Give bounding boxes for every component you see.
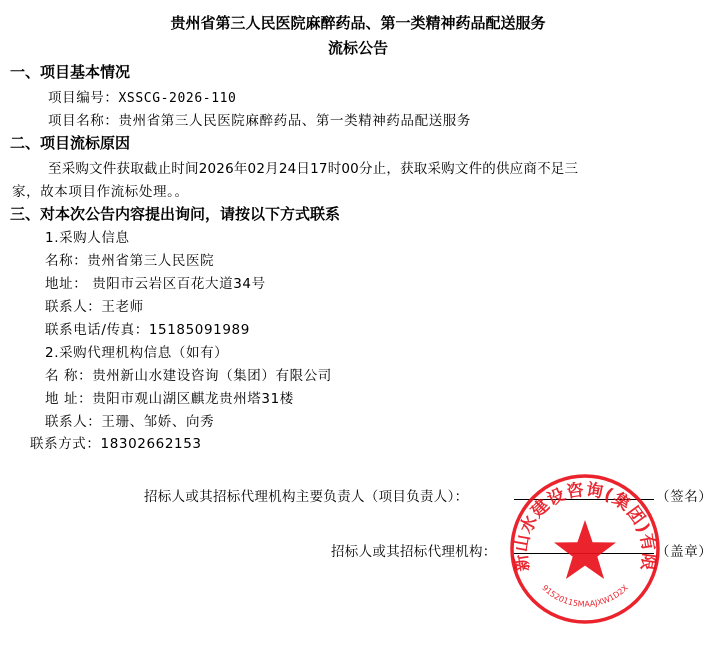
svg-text:91520115MAAJXW1D2X: 91520115MAAJXW1D2X	[540, 583, 630, 609]
project-number-value: XSSCG-2026-110	[119, 91, 237, 106]
section-1-heading: 一、项目基本情况	[10, 61, 130, 82]
purchaser-contact: 联系人：王老师	[45, 295, 144, 315]
signature-label: 招标人或其招标代理机构主要负责人（项目负责人）：	[144, 485, 468, 505]
stamp-suffix: （盖章）	[656, 540, 712, 560]
agency-name: 名 称：贵州新山水建设咨询（集团）有限公司	[45, 364, 332, 384]
seal-code-text: 91520115MAAJXW1D2X	[540, 583, 630, 609]
agency-phone: 联系方式：18302662153	[30, 432, 202, 452]
purchaser-heading: 1.采购人信息	[45, 226, 130, 246]
official-seal-icon: 贵州新山水建设咨询(集团)有限公司 91520115MAAJXW1D2X	[508, 472, 662, 626]
seal-arc-text: 贵州新山水建设咨询(集团)有限公司	[508, 472, 659, 573]
document-title: 贵州省第三人民医院麻醉药品、第一类精神药品配送服务	[0, 12, 716, 33]
failure-reason-line-1: 至采购文件获取截止时间2026年02月24日17时00分止，获取采购文件的供应商…	[48, 157, 578, 177]
agency-heading: 2.采购代理机构信息（如有）	[45, 341, 228, 361]
purchaser-address: 地址： 贵阳市云岩区百花大道34号	[45, 272, 266, 292]
signature-suffix: （签名）	[656, 485, 712, 505]
purchaser-name: 名称：贵州省第三人民医院	[45, 249, 214, 269]
agency-contact: 联系人：王珊、邹娇、向秀	[45, 410, 214, 430]
project-name-value: 贵州省第三人民医院麻醉药品、第一类精神药品配送服务	[119, 113, 472, 129]
section-3-heading: 三、对本次公告内容提出询问，请按以下方式联系	[10, 203, 340, 224]
signature-line	[514, 499, 654, 500]
agency-address: 地 址：贵阳市观山湖区麒龙贵州塔31楼	[45, 387, 294, 407]
purchaser-phone: 联系电话/传真：15185091989	[45, 318, 250, 338]
failure-reason-line-2: 家，故本项目作流标处理。。	[12, 180, 189, 200]
project-number-label: 项目编号：	[48, 90, 119, 106]
document-subtitle: 流标公告	[0, 37, 716, 58]
section-2-heading: 二、项目流标原因	[10, 132, 130, 153]
project-number: 项目编号：XSSCG-2026-110	[48, 86, 236, 106]
project-name-label: 项目名称：	[48, 113, 119, 129]
stamp-label: 招标人或其招标代理机构：	[331, 540, 497, 560]
svg-text:贵州新山水建设咨询(集团)有限公司: 贵州新山水建设咨询(集团)有限公司	[508, 472, 659, 573]
project-name: 项目名称：贵州省第三人民医院麻醉药品、第一类精神药品配送服务	[48, 109, 471, 129]
stamp-line	[514, 553, 654, 554]
